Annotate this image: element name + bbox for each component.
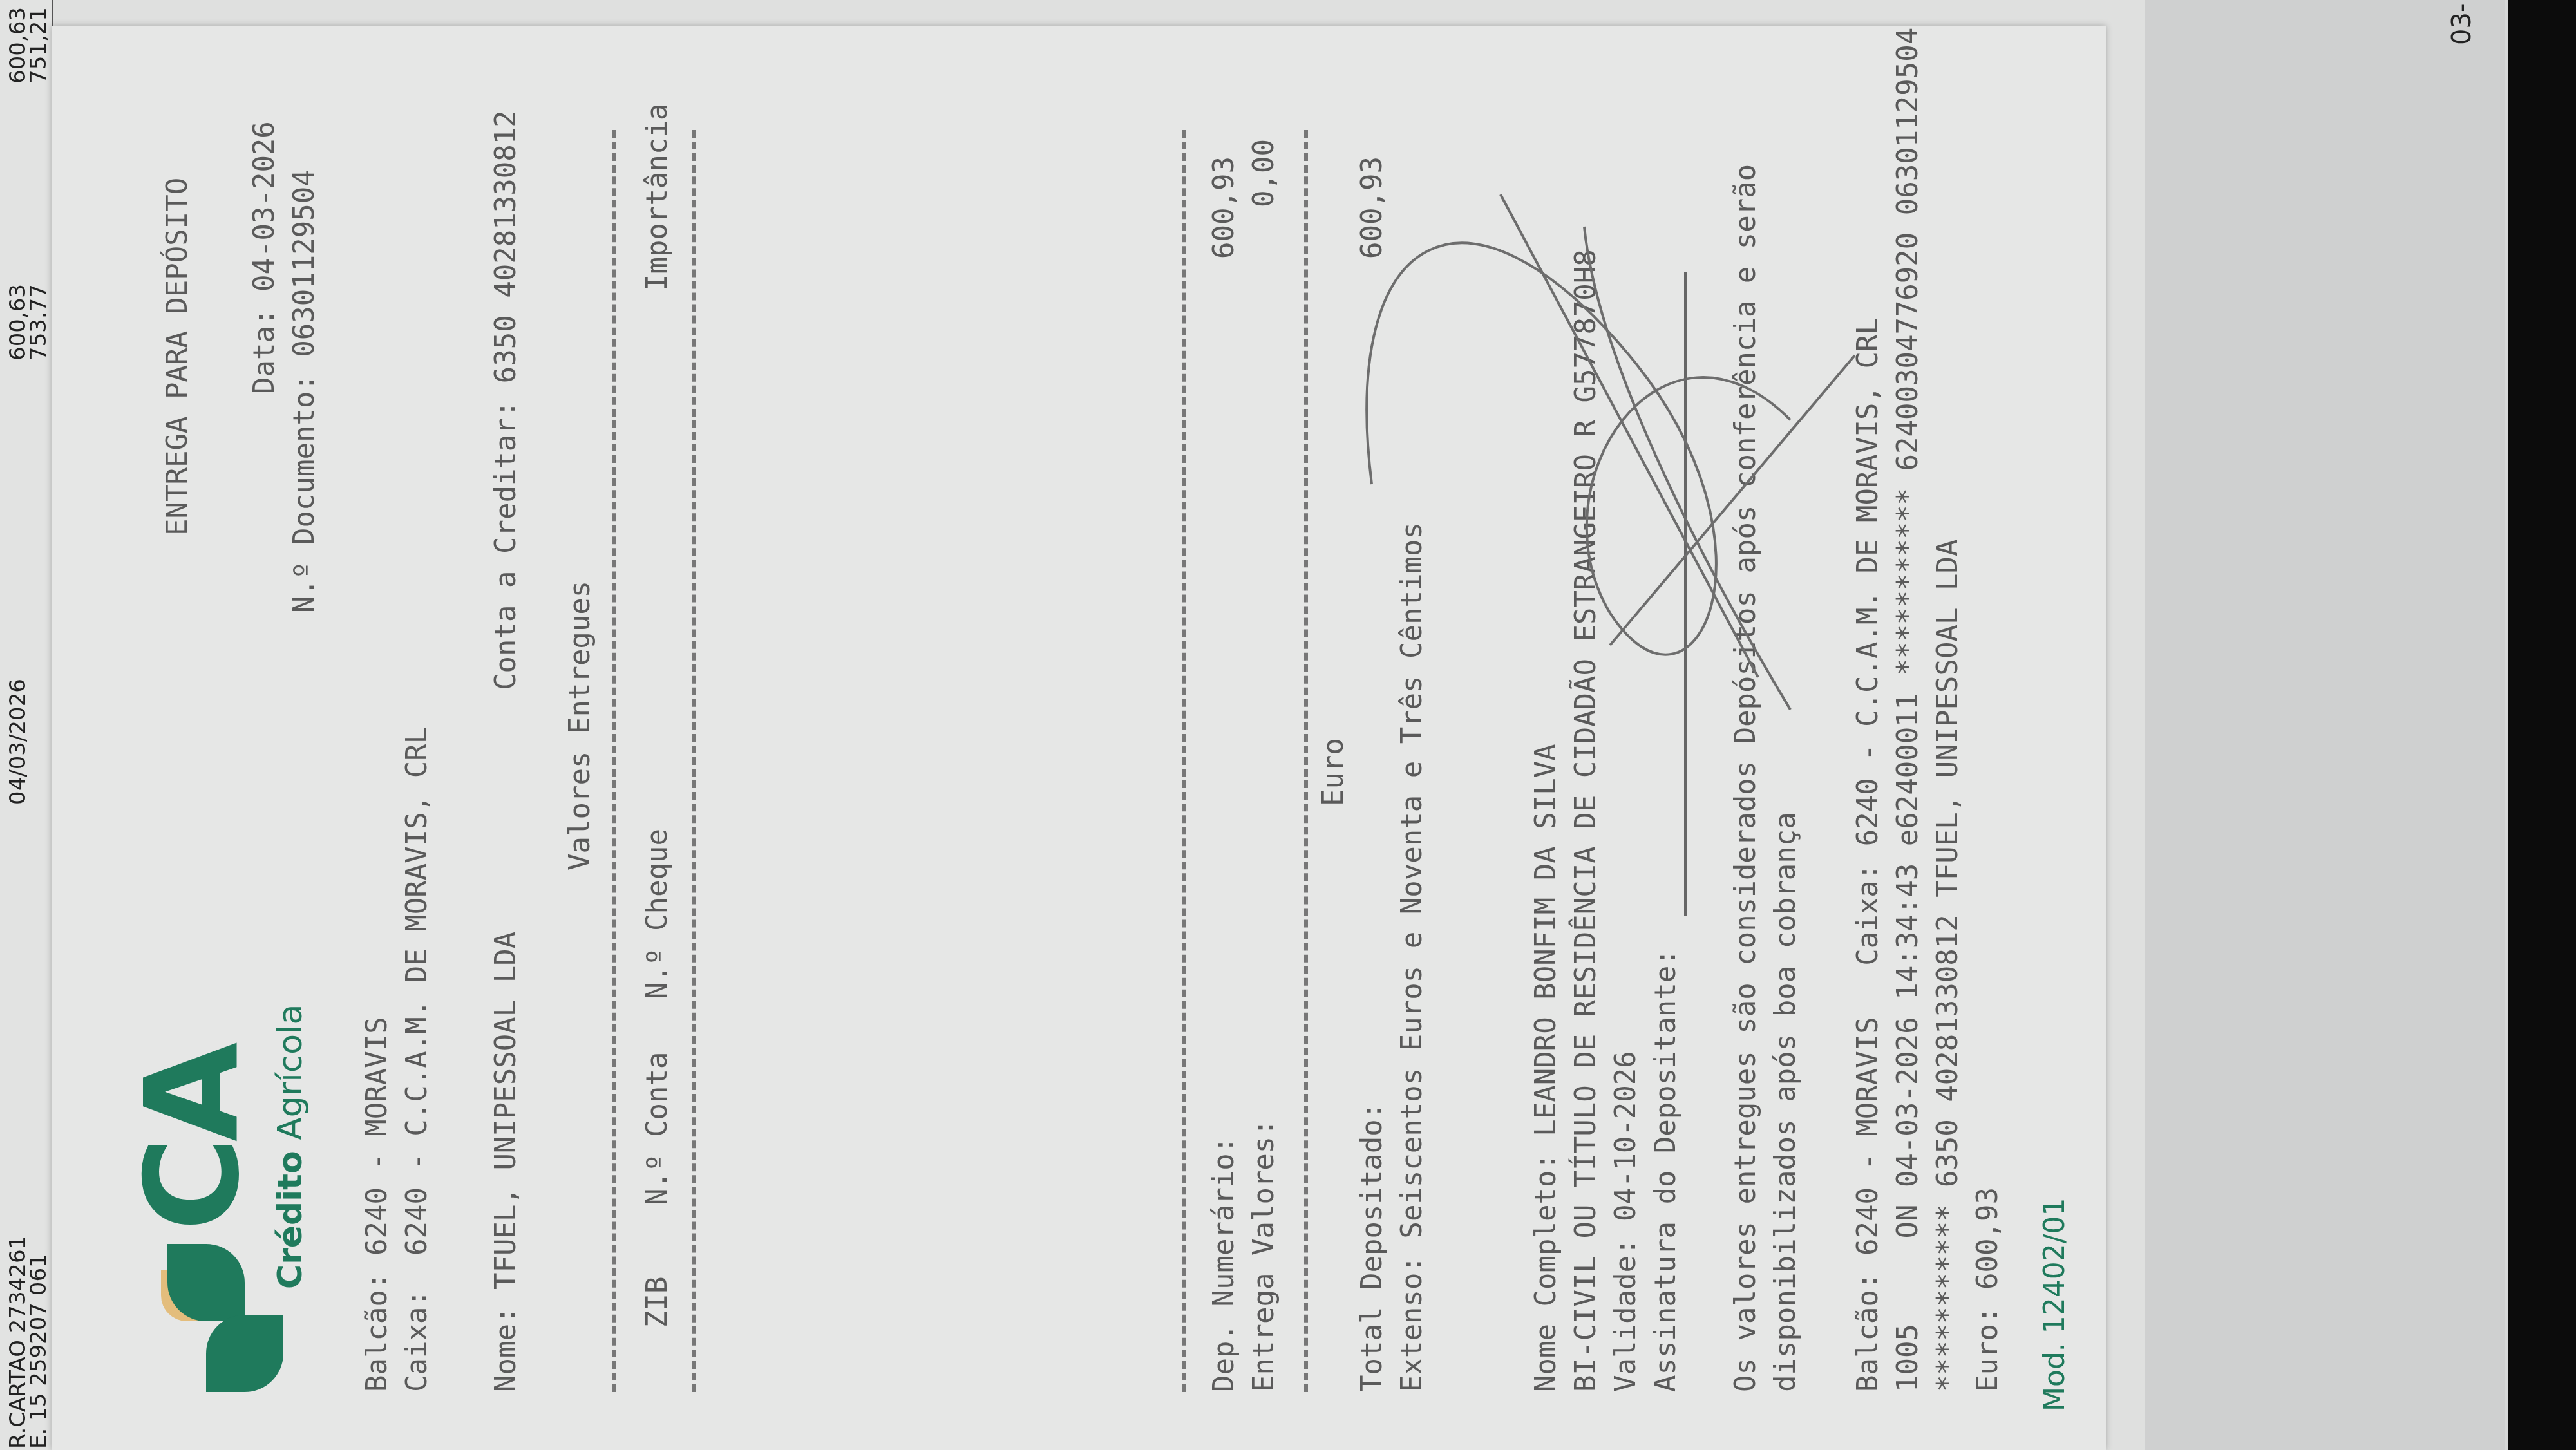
dark-surface — [2508, 0, 2576, 1450]
background-card-label: 03- — [2447, 3, 2477, 45]
underlying-date: 04/03/2026 — [5, 679, 31, 805]
underlying-value: 753.77 — [26, 284, 52, 361]
underlying-receipt-strip: R.CARTAO 2734261 E. 15 259207 061 04/03/… — [0, 0, 53, 1450]
handwritten-signature — [52, 26, 2106, 1450]
card-ref-line: E. 15 259207 061 — [26, 1254, 52, 1449]
underlying-value: 751,21 — [26, 7, 52, 84]
receipt-content: CA Crédito Agrícola ENTREGA PARA DEPÓSIT… — [52, 26, 2106, 1450]
deposit-receipt: CA Crédito Agrícola ENTREGA PARA DEPÓSIT… — [52, 26, 2106, 1450]
background-card — [2145, 0, 2505, 1450]
